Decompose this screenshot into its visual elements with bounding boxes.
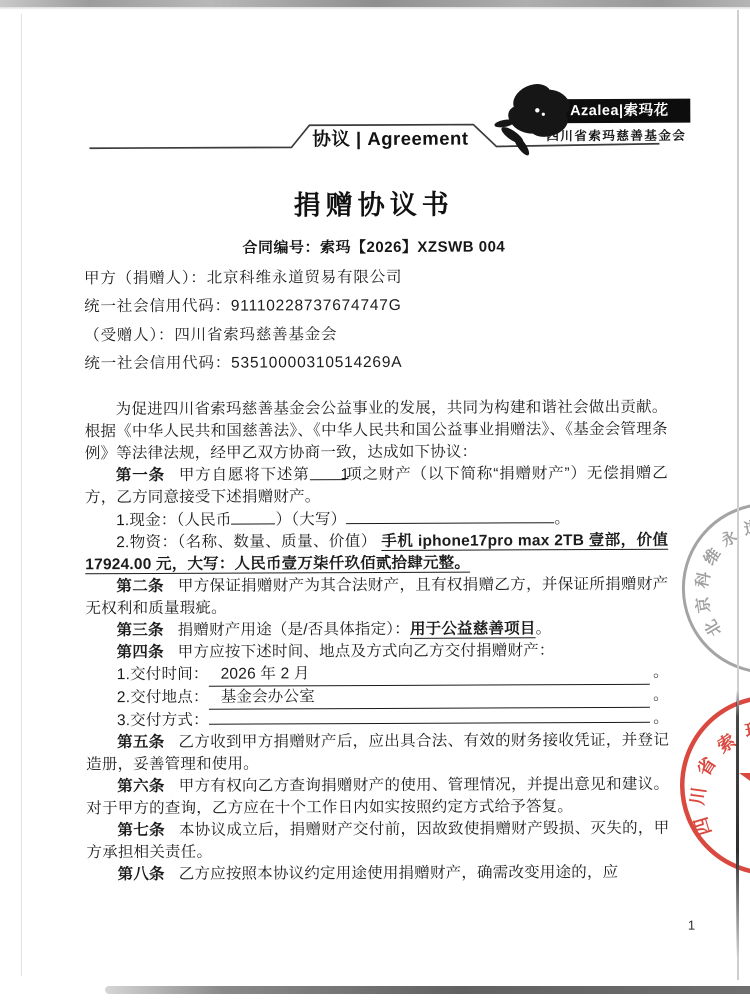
delivery-place-line: 2.交付地点：基金会办公室。 [86,685,669,711]
article-4: 第四条甲方应按下述时间、地点及方式向乙方交付捐赠财产： [86,640,669,665]
party-b-credit-code: 统一社会信用代码：53510000310514269A [84,348,669,379]
article-5-number: 第五条 [117,734,165,751]
delivery-method-value [209,722,650,725]
article-7-number: 第七条 [117,822,165,839]
article-2-number: 第二条 [116,578,164,595]
svg-text:北京科维永道贸易有限公司: 北京科维永道贸易有限公司 [691,515,750,641]
article-7: 第七条本协议成立后，捐赠财产交付前，因故致使捐赠财产毁损、灭失的，甲方承担相关责… [86,818,669,865]
article-8: 第八条乙方应按照本协议约定用途使用捐赠财产，确需改变用途的，应 [87,862,670,887]
parties-block: 甲方（捐赠人）：北京科维永道贸易有限公司 统一社会信用代码：9111022873… [84,263,669,379]
party-a-line: 甲方（捐赠人）：北京科维永道贸易有限公司 [84,263,669,294]
cash-words-blank [346,507,554,524]
goods-line: 2.物资：（名称、数量、质量、价值） 手机 iphone17pro max 2T… [85,530,668,577]
cash-line: 1.现金：（人民币）（大写）。 [85,507,668,533]
delivery-time-line: 1.交付时间：2026 年 2 月。 [86,662,669,688]
donor-seal-text: 北京科维永道贸易有限公司 [691,515,750,641]
cash-amount-blank [232,508,276,524]
foundation-seal-text: 四川省索玛慈善基金会 [687,717,750,847]
scan-edge-bottom [105,986,750,994]
document-title: 捐赠协议书 [0,181,749,223]
article-3-number: 第三条 [117,622,164,639]
scan-edge-top [0,0,750,7]
scan-edge-left-line [21,14,22,976]
purpose-value: 用于公益慈善项目 [410,620,536,638]
article-8-number: 第八条 [118,866,165,883]
agreement-body: 为促进四川省索玛慈善基金会公益事业的发展，共同为构建和谐社会做出贡献。根据《中华… [85,397,670,887]
party-b-line: （受赠人）：四川省索玛慈善基金会 [84,320,669,351]
article-4-number: 第四条 [117,644,164,661]
delivery-place-value: 基金会办公室 [209,685,651,710]
article-1-item-blank: 1 [310,464,346,480]
article-6: 第六条甲方有权向乙方查询捐赠财产的使用、管理情况，并提出意见和建议。对于甲方的查… [86,774,669,821]
contract-number: 合同编号：索玛【2026】XZSWB 004 [0,234,749,258]
article-5: 第五条乙方收到甲方捐赠财产后，应出具合法、有效的财务接收凭证，并登记造册，妥善管… [86,730,669,777]
scan-edge-top-fade [0,7,750,10]
party-a-credit-code: 统一社会信用代码：91110228737674747G [84,291,669,322]
article-3: 第三条捐赠财产用途（是/否具体指定）：用于公益慈善项目。 [86,618,669,643]
scan-edge-right-dark-line [736,690,739,958]
article-1: 第一条甲方自愿将下述第1项之财产（以下简称“捐赠财产”）无偿捐赠乙方，乙方同意接… [85,463,668,510]
foundation-logo: Azalea|索玛花 四川省索玛慈善基金会 [490,71,695,160]
svg-text:四川省索玛慈善基金会: 四川省索玛慈善基金会 [687,717,750,847]
delivery-method-line: 3.交付方式：。 [86,708,669,733]
delivery-time-value: 2026 年 2 月 [209,662,651,687]
scanned-donation-agreement-page: 协议 | Agreement Azalea|索 [0,0,750,1000]
azalea-flower-icon [490,71,590,159]
article-1-number: 第一条 [116,467,165,484]
preamble-paragraph: 为促进四川省索玛慈善基金会公益事业的发展，共同为构建和谐社会做出贡献。根据《中华… [85,397,668,466]
article-2: 第二条甲方保证捐赠财产为其合法财产，且有权捐赠乙方，并保证所捐赠财产无权利和质量… [85,574,668,621]
page-number: 1 [688,918,695,933]
article-6-number: 第六条 [117,778,165,795]
